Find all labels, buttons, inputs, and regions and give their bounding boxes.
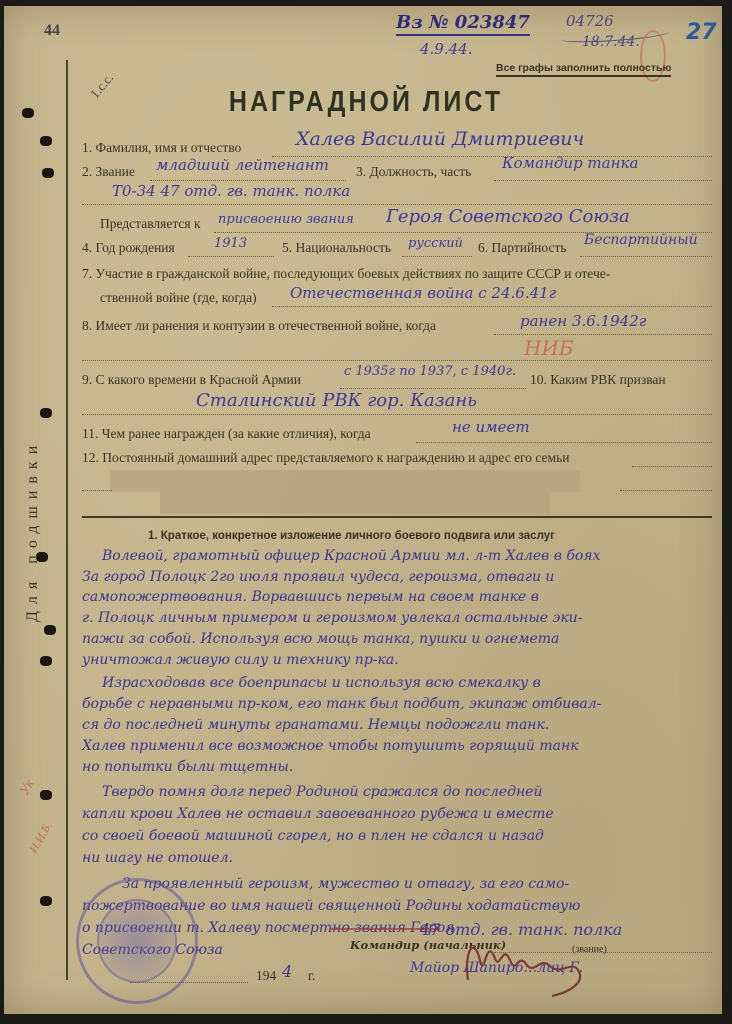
commander-signature: [460, 930, 600, 1000]
field-5-label: 5. Национальность: [282, 240, 391, 256]
field-12-label: 12. Постоянный домашний адрес представля…: [82, 450, 569, 466]
field-6-label: 6. Партийность: [478, 240, 567, 256]
field-9-line: [340, 388, 526, 389]
registry-number: Вз № 023847: [396, 12, 530, 36]
field-3-value-line2: Т0-34 47 отд. гв. танк. полка: [112, 182, 350, 200]
field-8-red-note: НИБ: [524, 336, 574, 360]
narrative-line: Волевой, грамотный офицер Красной Армии …: [102, 548, 600, 564]
punch-hole: [40, 896, 52, 906]
narrative-line: ни шагу не отошел.: [82, 850, 233, 866]
field-3-line2: [82, 204, 712, 205]
field-10-label: 10. Каким РВК призван: [530, 372, 666, 388]
field-2-line: [150, 180, 346, 181]
field-2-value: младший лейтенант: [156, 156, 329, 174]
section-heading: 1. Краткое, конкретное изложение личного…: [148, 530, 555, 542]
field-3-label: 3. Должность, часть: [356, 164, 471, 180]
field-8-value: ранен 3.6.1942г: [520, 312, 646, 330]
narrative-line: но попытки были тщетны.: [82, 759, 293, 775]
punch-hole: [40, 790, 52, 800]
field-8-line: [494, 334, 712, 335]
field-2-label: 2. Звание: [82, 164, 135, 180]
narrative-line: капли крови Халев не оставил завоеванног…: [82, 806, 554, 822]
official-stamp: [76, 878, 198, 1004]
narrative-line: ся до последней минуты гранатами. Немцы …: [82, 717, 549, 733]
narrative-line: самопожертвования. Ворвавшись первым на …: [82, 589, 539, 605]
field-8-label: 8. Имеет ли ранения и контузии в отечест…: [82, 318, 436, 334]
field-3-line: [494, 180, 712, 181]
narrative-line: За проявленный героизм, мужество и отваг…: [122, 876, 569, 892]
field-4-value: 1913: [214, 236, 247, 251]
section-divider: [82, 516, 712, 518]
nomination-value: Героя Советского Союза: [386, 206, 630, 227]
narrative-line: Твердо помня долг перед Родиной сражался…: [102, 784, 542, 800]
archive-number: 44: [44, 22, 60, 40]
nomination-label: Представляется к: [100, 216, 201, 232]
binding-margin-line: [66, 60, 68, 980]
address-redaction: [160, 492, 550, 514]
field-7-label-line1: 7. Участие в гражданской войне, последую…: [82, 266, 610, 282]
field-9-label: 9. С какого времени в Красной Армии: [82, 372, 301, 388]
narrative-line: со своей боевой машиной сгорел, но в пле…: [82, 828, 544, 844]
field-1-value: Халев Василий Дмитриевич: [296, 128, 584, 150]
punch-hole: [40, 136, 52, 146]
field-11-value: не имеет: [452, 418, 530, 436]
address-redaction: [110, 470, 580, 492]
field-1-label: 1. Фамилия, имя и отчество: [82, 140, 241, 156]
field-12-line: [632, 466, 712, 467]
binding-side-caption: Для подшивки: [24, 380, 64, 680]
narrative-line: борьбе с неравными пр-ком, его танк был …: [82, 696, 601, 712]
registry-date: 4.9.44.: [420, 40, 472, 58]
nomination-prefix: присвоению звания: [218, 212, 354, 227]
stamp-emblem: [97, 899, 177, 983]
field-7-label-line2: ственной войне (где, когда): [100, 290, 257, 306]
field-12-line2: [82, 490, 112, 491]
date-year: 194: [256, 968, 276, 984]
narrative-line: г. Полоцк личным примером и героизмом ув…: [82, 610, 582, 626]
narrative-line: Халев применил все возможное чтобы потуш…: [82, 738, 579, 754]
page-number: 27: [686, 20, 717, 45]
field-4-line: [188, 256, 274, 257]
punch-hole: [42, 168, 54, 178]
date-line: [130, 982, 248, 983]
date-suffix: г.: [308, 968, 315, 984]
field-12-line3: [620, 490, 712, 491]
field-6-line: [580, 256, 712, 257]
field-6-value: Беспартийный: [584, 232, 698, 248]
field-8-line2: [82, 360, 712, 361]
field-5-line: [402, 256, 472, 257]
narrative-line: уничтожал живую силу и технику пр-ка.: [82, 652, 399, 668]
field-11-label: 11. Чем ранее награжден (за какие отличи…: [82, 426, 371, 442]
field-5-value: русский: [408, 236, 463, 251]
document-title: НАГРАДНОЙ ЛИСТ: [0, 86, 732, 119]
incoming-number: 04726: [566, 12, 614, 30]
field-1-line: [272, 156, 712, 157]
narrative-line: пажи за собой. Используя всю мощь танка,…: [82, 631, 559, 647]
narrative-line: Израсходовав все боеприпасы и используя …: [102, 675, 541, 691]
incoming-date: 18.7.44.: [582, 34, 640, 50]
field-4-label: 4. Год рождения: [82, 240, 175, 256]
field-10-line: [82, 414, 712, 415]
instruction-note: Все графы заполнить полностью: [496, 62, 671, 77]
field-7-line: [272, 306, 712, 307]
field-9-value: с 1935г по 1937, с 1940г.: [344, 364, 516, 379]
narrative-line: За город Полоцк 2го июля проявил чудеса,…: [82, 569, 554, 585]
field-11-line: [416, 442, 712, 443]
field-3-value: Командир танка: [502, 154, 638, 172]
field-7-value: Отечественная война с 24.6.41г: [290, 284, 556, 302]
date-year-hand: 4: [282, 962, 292, 981]
field-10-value: Сталинский РВК гор. Казань: [196, 390, 477, 411]
